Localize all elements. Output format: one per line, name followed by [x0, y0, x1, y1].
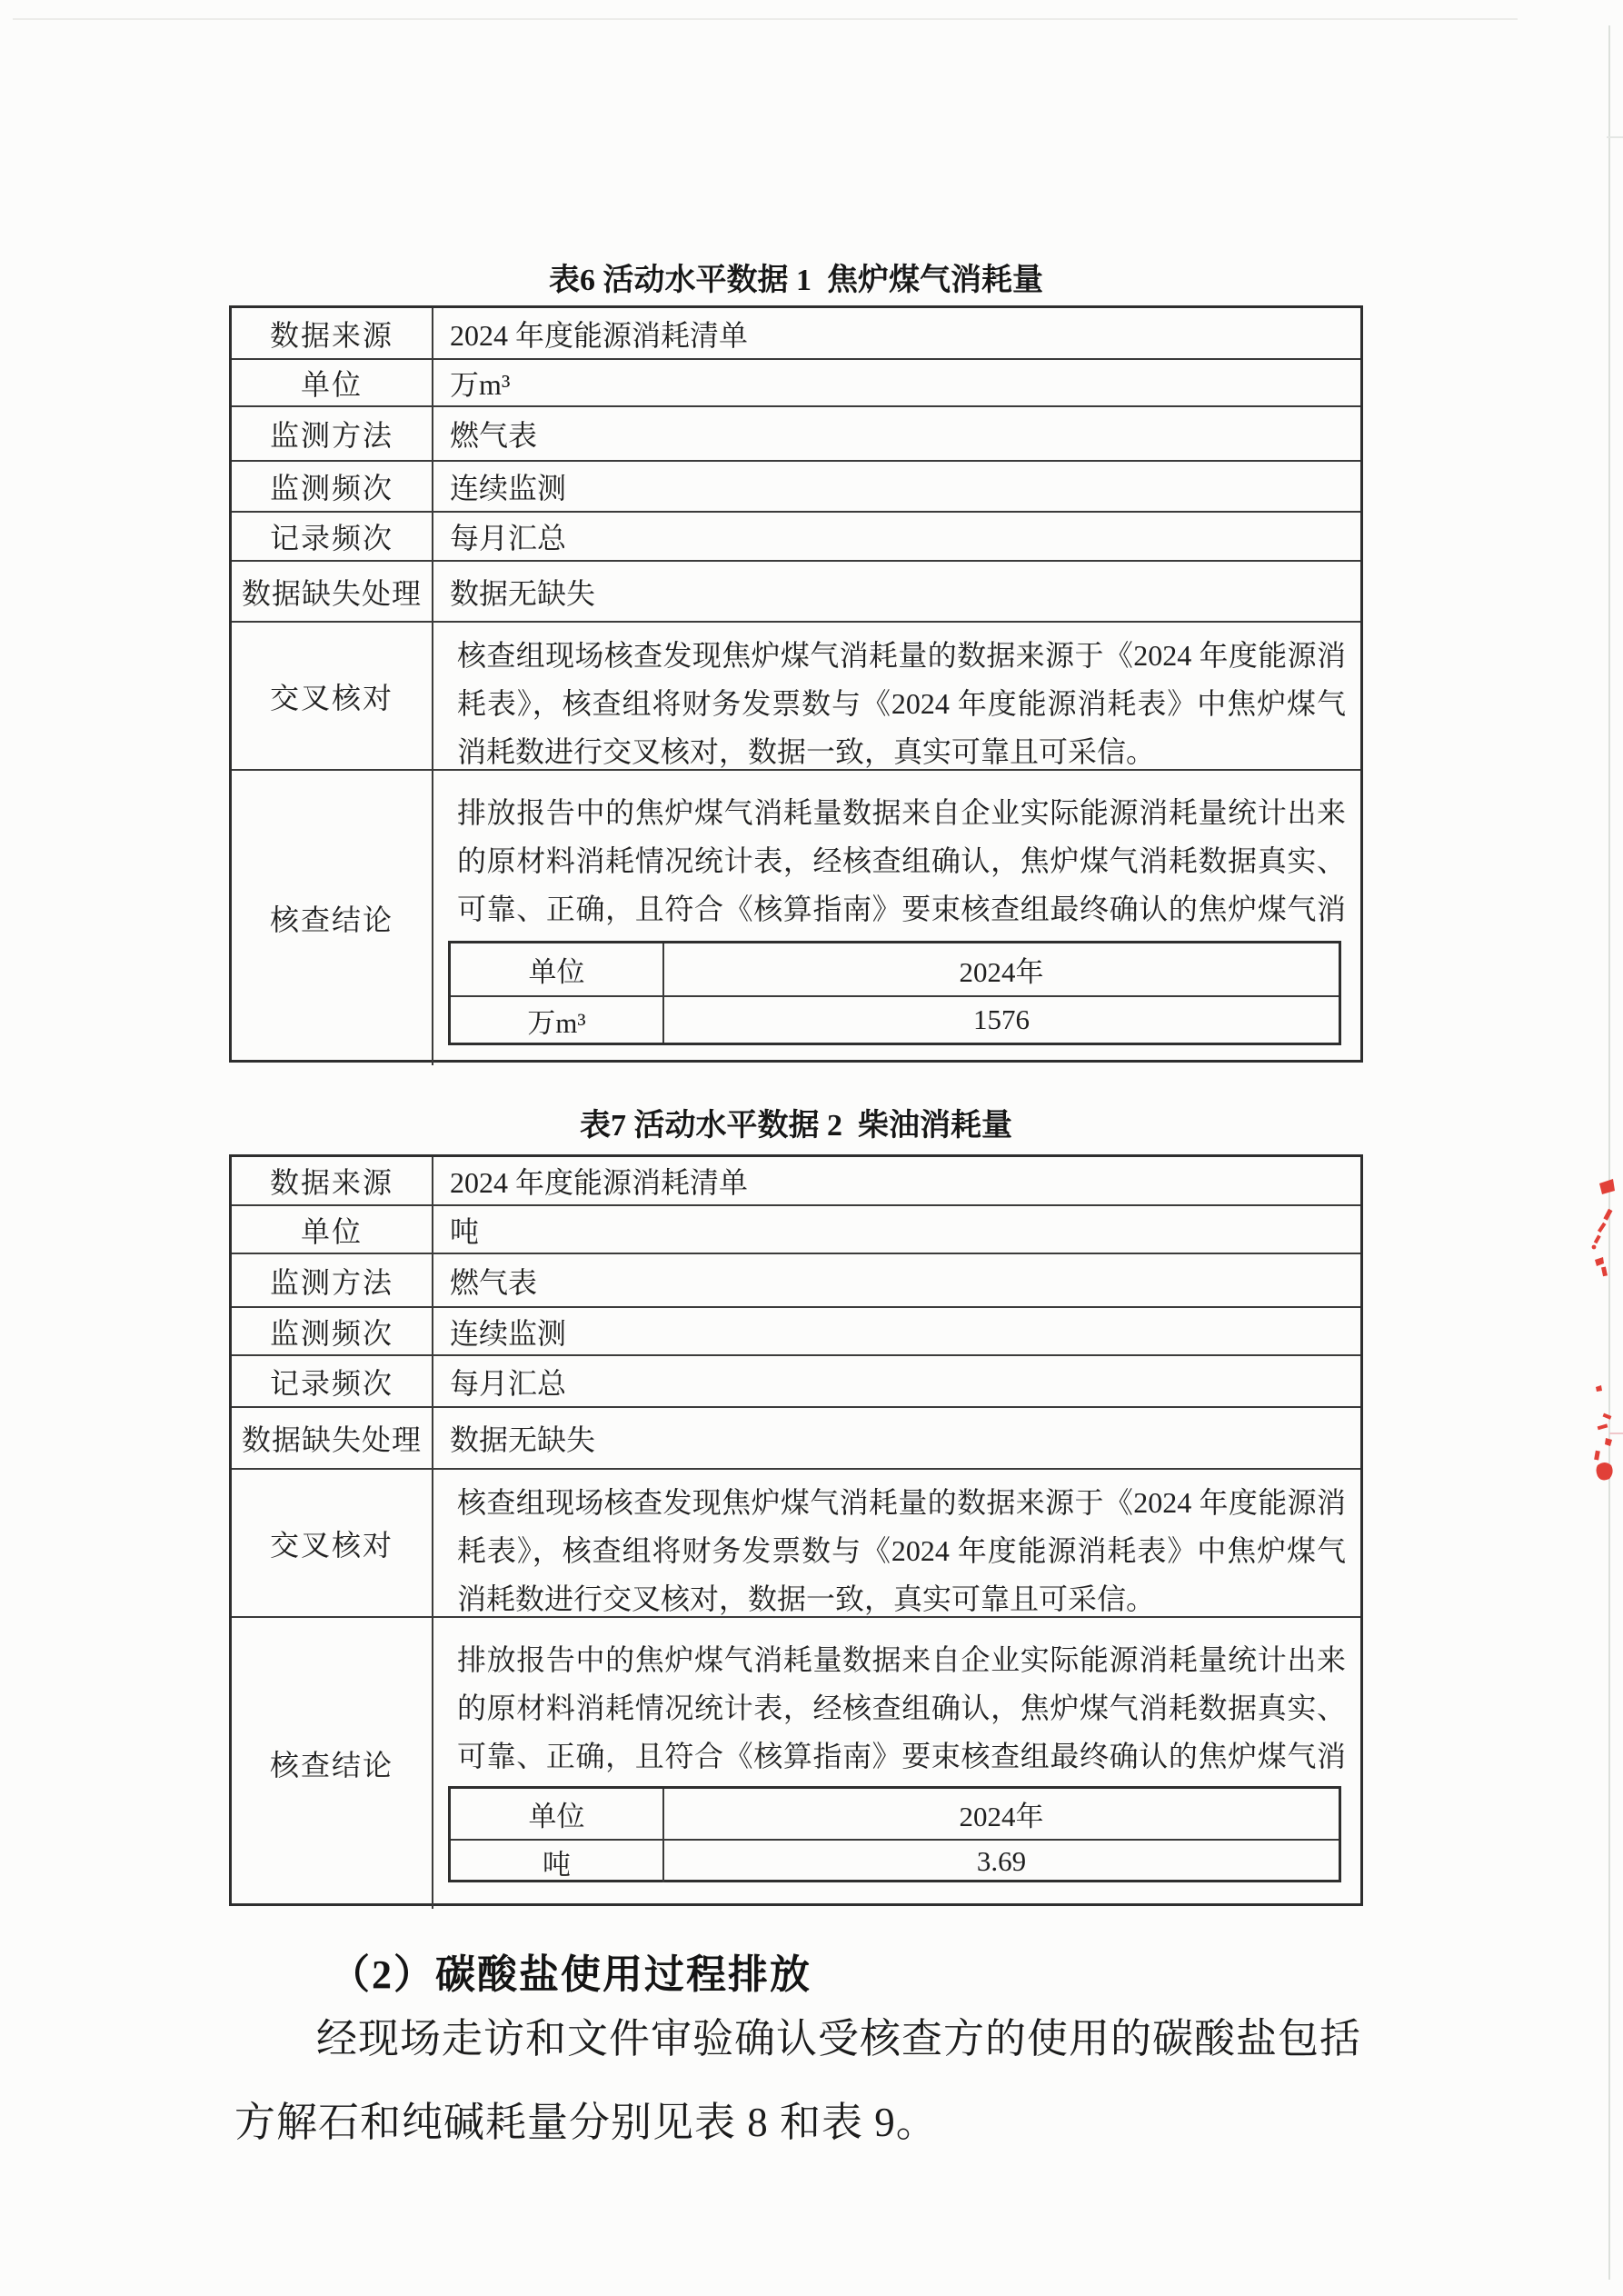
row-label: 核查结论	[232, 771, 433, 1065]
row-value: 每月汇总	[433, 513, 1360, 560]
table-row: 数据缺失处理 数据无缺失	[232, 560, 1360, 621]
row-value: 燃气表	[433, 1254, 1360, 1306]
row-label: 核查结论	[232, 1618, 433, 1909]
scanned-document-page: 表6 活动水平数据 1 焦炉煤气消耗量 数据来源 2024 年度能源消耗清单 单…	[0, 0, 1623, 2296]
table-row: 记录频次 每月汇总	[232, 511, 1360, 560]
table-row: 数据来源 2024 年度能源消耗清单	[232, 308, 1360, 358]
table-row: 单位 吨	[232, 1204, 1360, 1253]
summary-year-header: 2024年	[664, 943, 1339, 995]
row-value: 数据无缺失	[433, 562, 1360, 621]
row-value: 每月汇总	[433, 1356, 1360, 1406]
cross-check-text: 核查组现场核查发现焦炉煤气消耗量的数据来源于《2024 年度能源消耗表》，核查组…	[433, 623, 1360, 769]
table6: 数据来源 2024 年度能源消耗清单 单位 万m³ 监测方法 燃气表 监测频次 …	[229, 305, 1363, 1063]
row-label: 记录频次	[232, 1356, 433, 1406]
row-label: 数据来源	[232, 308, 433, 358]
table-row: 监测方法 燃气表	[232, 1253, 1360, 1306]
cross-check-row: 交叉核对 核查组现场核查发现焦炉煤气消耗量的数据来源于《2024 年度能源消耗表…	[232, 621, 1360, 769]
table-row: 监测频次 连续监测	[232, 1306, 1360, 1354]
row-value: 2024 年度能源消耗清单	[433, 308, 1360, 358]
table-row: 记录频次 每月汇总	[232, 1354, 1360, 1406]
table7-caption: 表7 活动水平数据 2 柴油消耗量	[229, 1100, 1363, 1144]
scan-edge-line-top	[13, 18, 1518, 20]
table-row: 吨 3.69	[451, 1839, 1339, 1882]
body-paragraph-line2: 方解石和纯碱耗量分别见表 8 和表 9。	[234, 2089, 938, 2148]
row-label: 数据来源	[232, 1157, 433, 1204]
row-value: 连续监测	[433, 1308, 1360, 1354]
section-heading: （2）碳酸盐使用过程排放	[330, 1942, 811, 2000]
cross-check-row: 交叉核对 核查组现场核查发现焦炉煤气消耗量的数据来源于《2024 年度能源消耗表…	[232, 1468, 1360, 1616]
row-label: 单位	[232, 1206, 433, 1253]
table6-summary-table: 单位 2024年 万m³ 1576	[448, 941, 1341, 1045]
summary-unit-header: 单位	[451, 1789, 664, 1839]
row-value: 万m³	[433, 360, 1360, 405]
row-label: 监测频次	[232, 1308, 433, 1354]
table-row: 监测频次 连续监测	[232, 460, 1360, 511]
row-value: 连续监测	[433, 462, 1360, 511]
scan-tick-mark	[1607, 136, 1623, 138]
cross-check-text: 核查组现场核查发现焦炉煤气消耗量的数据来源于《2024 年度能源消耗表》，核查组…	[433, 1470, 1360, 1616]
table7: 数据来源 2024 年度能源消耗清单 单位 吨 监测方法 燃气表 监测频次 连续…	[229, 1154, 1363, 1906]
summary-unit-value: 万m³	[451, 997, 664, 1043]
table-row: 万m³ 1576	[451, 995, 1339, 1043]
summary-unit-header: 单位	[451, 943, 664, 995]
row-value: 吨	[433, 1206, 1360, 1253]
table-row: 监测方法 燃气表	[232, 405, 1360, 460]
table-row: 单位 2024年	[451, 1789, 1339, 1839]
table6-caption: 表6 活动水平数据 1 焦炉煤气消耗量	[229, 255, 1363, 299]
row-value: 2024 年度能源消耗清单	[433, 1157, 1360, 1204]
red-seal-fragment	[1572, 1163, 1623, 1491]
row-value: 数据无缺失	[433, 1408, 1360, 1468]
table-row: 单位 万m³	[232, 358, 1360, 405]
table7-summary-table: 单位 2024年 吨 3.69	[448, 1786, 1341, 1882]
row-label: 记录频次	[232, 513, 433, 560]
summary-unit-value: 吨	[451, 1841, 664, 1882]
row-label: 数据缺失处理	[232, 1408, 433, 1468]
row-label: 监测方法	[232, 407, 433, 460]
row-label: 数据缺失处理	[232, 562, 433, 621]
row-label: 监测频次	[232, 462, 433, 511]
summary-amount-value: 1576	[664, 997, 1339, 1043]
row-label: 交叉核对	[232, 1470, 433, 1616]
table-row: 数据缺失处理 数据无缺失	[232, 1406, 1360, 1468]
row-label: 交叉核对	[232, 623, 433, 769]
summary-year-header: 2024年	[664, 1789, 1339, 1839]
summary-amount-value: 3.69	[664, 1841, 1339, 1882]
row-label: 监测方法	[232, 1254, 433, 1306]
body-paragraph-line1: 经现场走访和文件审验确认受核查方的使用的碳酸盐包括	[316, 2005, 1361, 2064]
table-row: 数据来源 2024 年度能源消耗清单	[232, 1157, 1360, 1204]
table-row: 单位 2024年	[451, 943, 1339, 995]
scan-edge-line-right	[1608, 25, 1610, 2280]
row-value: 燃气表	[433, 407, 1360, 460]
row-label: 单位	[232, 360, 433, 405]
